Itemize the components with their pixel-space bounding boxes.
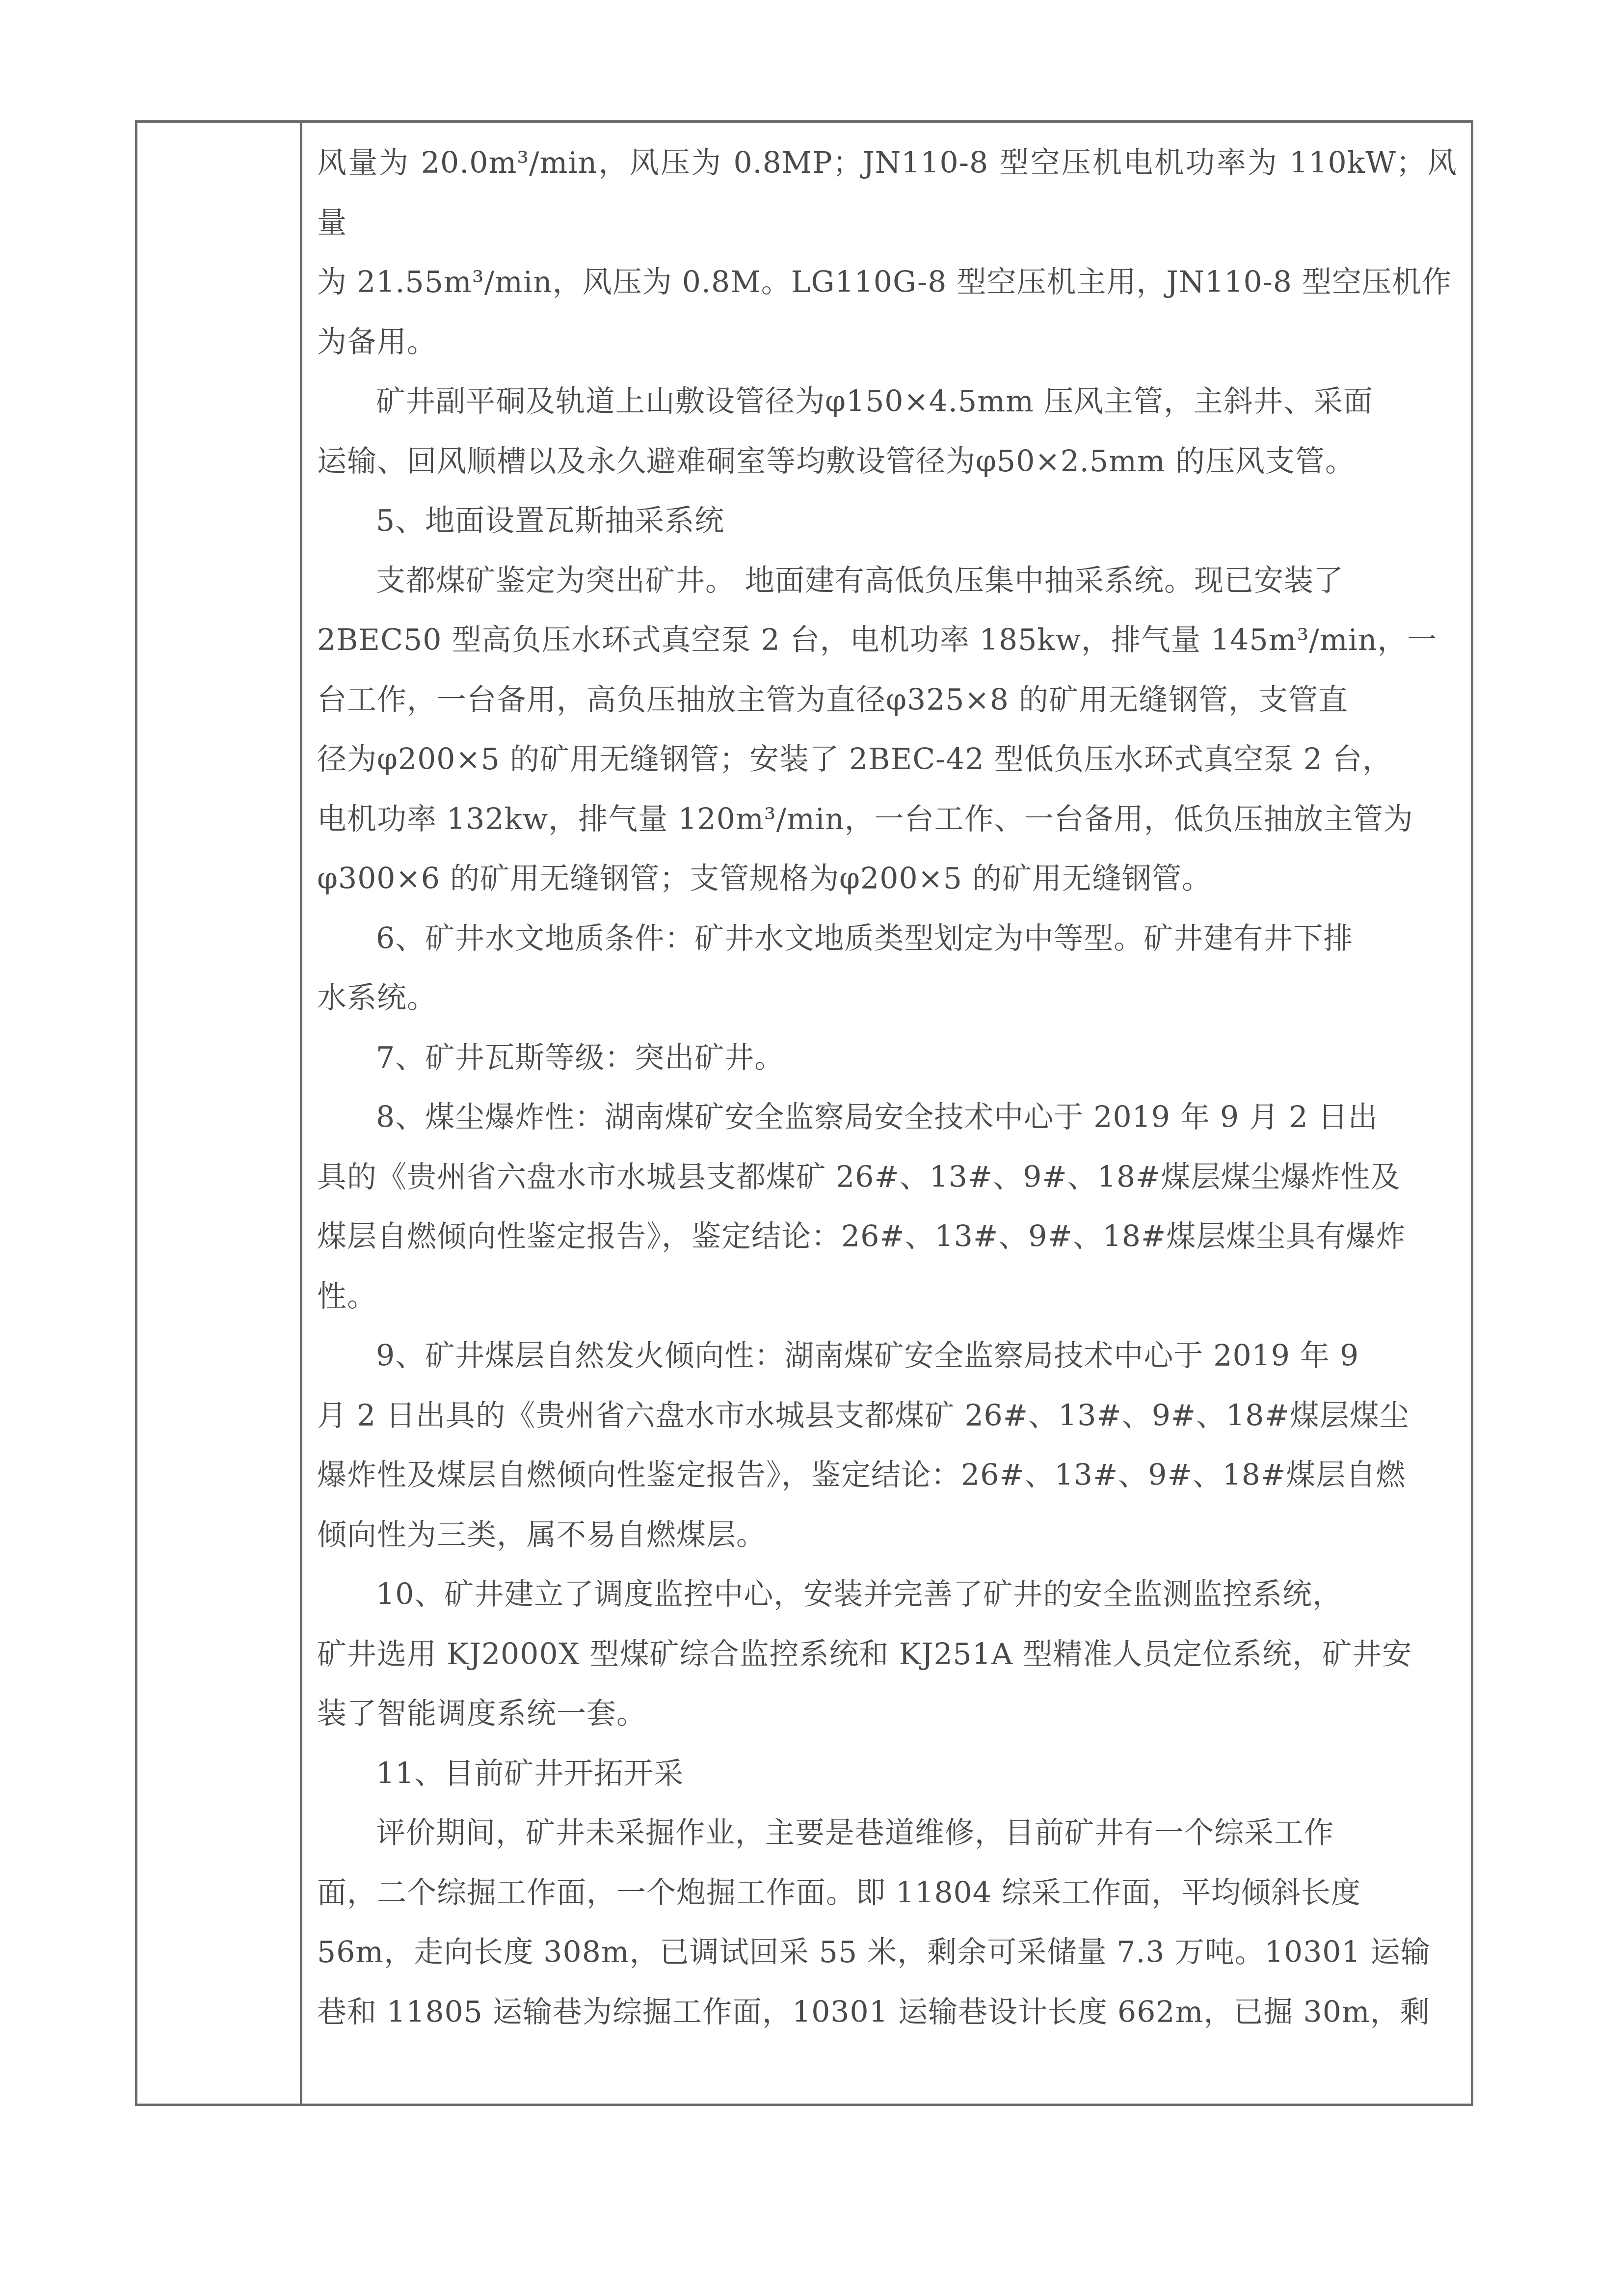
line-7: 支都煤矿鉴定为突出矿井。 地面建有高低负压集中抽采系统。现已安装了: [317, 551, 1457, 611]
table-right-cell: 风量为 20.0m³/min，风压为 0.8MP；JN110-8 型空压机电机功…: [302, 123, 1471, 2104]
line-25: 矿井选用 KJ2000X 型煤矿综合监控系统和 KJ251A 型精准人员定位系统…: [317, 1625, 1457, 1685]
section-item-9: 9、矿井煤层自然发火倾向性：湖南煤矿安全监察局技术中心于 2019 年 9: [317, 1326, 1457, 1386]
line-1: 风量为 20.0m³/min，风压为 0.8MP；JN110-8 型空压机电机功…: [317, 134, 1457, 253]
line-3: 为备用。: [317, 313, 1457, 373]
section-item-8: 8、煤尘爆炸性：湖南煤矿安全监察局安全技术中心于 2019 年 9 月 2 日出: [317, 1088, 1457, 1148]
line-21: 月 2 日出具的《贵州省六盘水市水城县支都煤矿 26#、13#、9#、18#煤层…: [317, 1386, 1457, 1446]
line-4: 矿井副平硐及轨道上山敷设管径为φ150×4.5mm 压风主管，主斜井、采面: [317, 372, 1457, 432]
line-17: 具的《贵州省六盘水市水城县支都煤矿 26#、13#、9#、18#煤层煤尘爆炸性及: [317, 1148, 1457, 1208]
line-26: 装了智能调度系统一套。: [317, 1684, 1457, 1744]
line-14: 水系统。: [317, 969, 1457, 1028]
line-5: 运输、回风顺槽以及永久避难硐室等均敷设管径为φ50×2.5mm 的压风支管。: [317, 432, 1457, 492]
line-18: 煤层自燃倾向性鉴定报告》，鉴定结论：26#、13#、9#、18#煤层煤尘具有爆炸: [317, 1207, 1457, 1267]
section-heading-11: 11、目前矿井开拓开采: [317, 1744, 1457, 1804]
table-left-cell: [137, 123, 302, 2104]
line-31: 巷和 11805 运输巷为综掘工作面，10301 运输巷设计长度 662m，已掘…: [317, 1983, 1457, 2043]
line-29: 面，二个综掘工作面，一个炮掘工作面。即 11804 综采工作面，平均倾斜长度: [317, 1864, 1457, 1923]
line-30: 56m，走向长度 308m，已调试回采 55 米，剩余可采储量 7.3 万吨。1…: [317, 1923, 1457, 1983]
line-8: 2BEC50 型高负压水环式真空泵 2 台，电机功率 185kw，排气量 145…: [317, 611, 1457, 671]
section-item-10: 10、矿井建立了调度监控中心，安装并完善了矿井的安全监测监控系统，: [317, 1565, 1457, 1625]
line-10: 径为φ200×5 的矿用无缝钢管；安装了 2BEC-42 型低负压水环式真空泵 …: [317, 730, 1457, 790]
section-item-7: 7、矿井瓦斯等级：突出矿井。: [317, 1028, 1457, 1088]
line-28: 评价期间，矿井未采掘作业，主要是巷道维修，目前矿井有一个综采工作: [317, 1804, 1457, 1864]
section-heading-5: 5、地面设置瓦斯抽采系统: [317, 491, 1457, 551]
line-9: 台工作，一台备用，高负压抽放主管为直径φ325×8 的矿用无缝钢管，支管直: [317, 671, 1457, 730]
line-2: 为 21.55m³/min，风压为 0.8M。LG110G-8 型空压机主用，J…: [317, 253, 1457, 313]
line-12: φ300×6 的矿用无缝钢管；支管规格为φ200×5 的矿用无缝钢管。: [317, 849, 1457, 909]
line-22: 爆炸性及煤层自燃倾向性鉴定报告》，鉴定结论：26#、13#、9#、18#煤层自燃: [317, 1446, 1457, 1506]
line-11: 电机功率 132kw，排气量 120m³/min，一台工作、一台备用，低负压抽放…: [317, 790, 1457, 850]
line-19: 性。: [317, 1267, 1457, 1327]
section-item-6: 6、矿井水文地质条件：矿井水文地质类型划定为中等型。矿井建有井下排: [317, 909, 1457, 969]
content-table: 风量为 20.0m³/min，风压为 0.8MP；JN110-8 型空压机电机功…: [135, 120, 1473, 2106]
line-23: 倾向性为三类，属不易自燃煤层。: [317, 1506, 1457, 1566]
